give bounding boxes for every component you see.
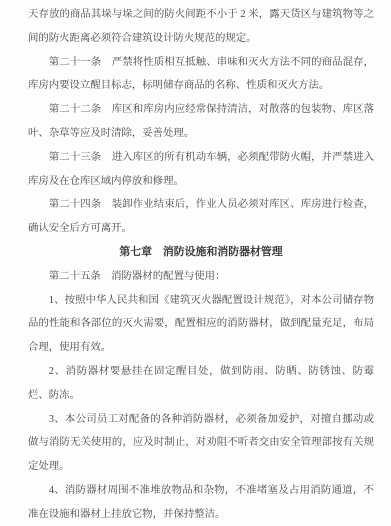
- list-item-4: 4、消防器材周围不准堆放物品和杂物，不准堵塞及占用消防通道，不准在设施和器材上挂…: [28, 479, 374, 526]
- list-item-3: 3、本公司员工对配备的各种消防器材，必须备加爱护，对擅自挪动或做与消防无关使用的…: [28, 408, 374, 479]
- article-25-paragraph: 第二十五条 消防器材的配置与使用：: [28, 265, 374, 289]
- list-item-1: 1、按照中华人民共和国《建筑灭火器配置设计规范》，对本公司储存物品的性能和各部位…: [28, 289, 374, 360]
- article-23-paragraph: 第二十三条 进入库区的所有机动车辆，必须配带防火帽，并严禁进入库房及在仓库区域内…: [28, 146, 374, 194]
- document-page: 天存放的商品其垛与垛之间的防火间距不小于 2 米，露天货区与建筑物等之间的防火距…: [0, 0, 391, 526]
- article-24-paragraph: 第二十四条 装卸作业结束后，作业人员必须对库区、库房进行检查，确认安全后方可离开…: [28, 193, 374, 241]
- article-22-paragraph: 第二十二条 库区和库房内应经常保持清洁，对散落的包装物、库区落叶、杂草等应及时清…: [28, 98, 374, 146]
- continuation-paragraph: 天存放的商品其垛与垛之间的防火间距不小于 2 米，露天货区与建筑物等之间的防火距…: [28, 3, 374, 51]
- article-21-paragraph: 第二十一条 严禁将性质相互抵触、串味和灭火方法不同的商品混存，库房内要设立醒目标…: [28, 51, 374, 99]
- chapter-7-heading: 第七章 消防设施和消防器材管理: [28, 241, 374, 265]
- list-item-2: 2、消防器材要悬挂在固定醒目处，做到防雨、防晒、防锈蚀、防霉烂、防冻。: [28, 360, 374, 408]
